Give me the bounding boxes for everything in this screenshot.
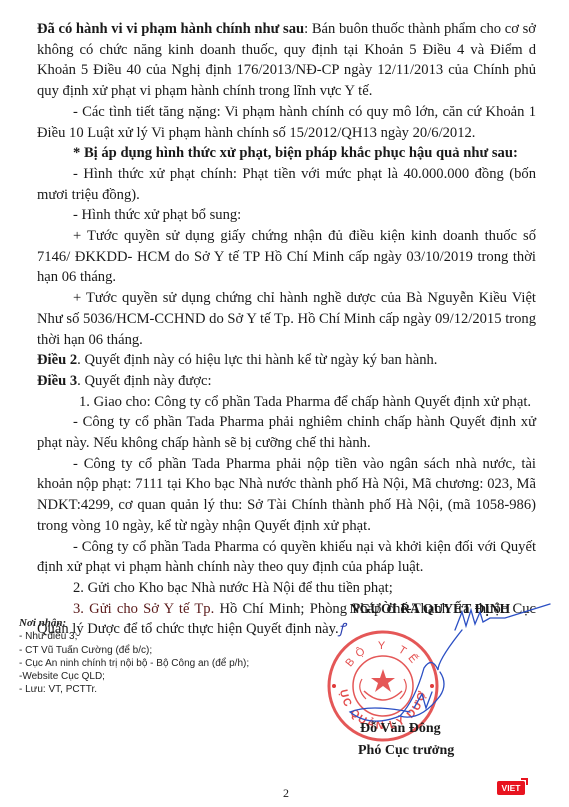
recipient-item: - Như điều 3;	[19, 630, 249, 643]
violation-paragraph: Đã có hành vi vi phạm hành chính như sau…	[37, 19, 536, 102]
article-3-item-comply: - Công ty cổ phần Tada Pharma phải nghiê…	[37, 412, 536, 453]
recipient-item: - CT Vũ Tuấn Cường (để b/c);	[19, 644, 249, 657]
recipient-item: - Cục An ninh chính trị nội bộ - Bộ Công…	[19, 657, 249, 670]
article-3: Điều 3. Quyết định này được:	[37, 371, 536, 392]
recipients-block: Nơi nhận: - Như điều 3; - CT Vũ Tuấn Cườ…	[19, 617, 249, 697]
penalty-heading: * Bị áp dụng hình thức xử phạt, biện phá…	[37, 143, 536, 164]
additional-penalty-1: + Tước quyền sử dụng giấy chứng nhận đủ …	[37, 226, 536, 288]
document-page: Đã có hành vi vi phạm hành chính như sau…	[0, 0, 569, 807]
main-penalty: - Hình thức xử phạt chính: Phạt tiền với…	[37, 164, 536, 205]
recipient-item: -Website Cục QLD;	[19, 670, 249, 683]
signer-role: Phó Cục trưởng	[358, 743, 454, 759]
article-3-item-payment: - Công ty cổ phần Tada Pharma phải nộp t…	[37, 454, 536, 537]
article-3-item-appeal: - Công ty cổ phần Tada Pharma có quyền k…	[37, 537, 536, 578]
article-2: Điều 2. Quyết định này có hiệu lực thi h…	[37, 350, 536, 371]
additional-penalty-label: - Hình thức xử phạt bổ sung:	[37, 205, 536, 226]
viet-logo-badge: VIET	[497, 781, 525, 795]
article-3-item-1: 1. Giao cho: Công ty cổ phần Tada Pharma…	[37, 392, 536, 413]
violation-heading: Đã có hành vi vi phạm hành chính như sau	[37, 21, 304, 37]
additional-penalty-2: + Tước quyền sử dụng chứng chỉ hành nghề…	[37, 288, 536, 350]
signature-icon	[340, 600, 569, 740]
recipients-title: Nơi nhận:	[19, 617, 249, 630]
aggravating-paragraph: - Các tình tiết tăng nặng: Vi phạm hành …	[37, 102, 536, 143]
page-number: 2	[283, 786, 289, 801]
signer-name: Đỗ Văn Đông	[360, 721, 441, 737]
recipient-item: - Lưu: VT, PCTTr.	[19, 683, 249, 696]
article-3-item-2: 2. Gửi cho Kho bạc Nhà nước Hà Nội để th…	[37, 578, 536, 599]
document-body: Đã có hành vi vi phạm hành chính như sau…	[37, 19, 536, 641]
